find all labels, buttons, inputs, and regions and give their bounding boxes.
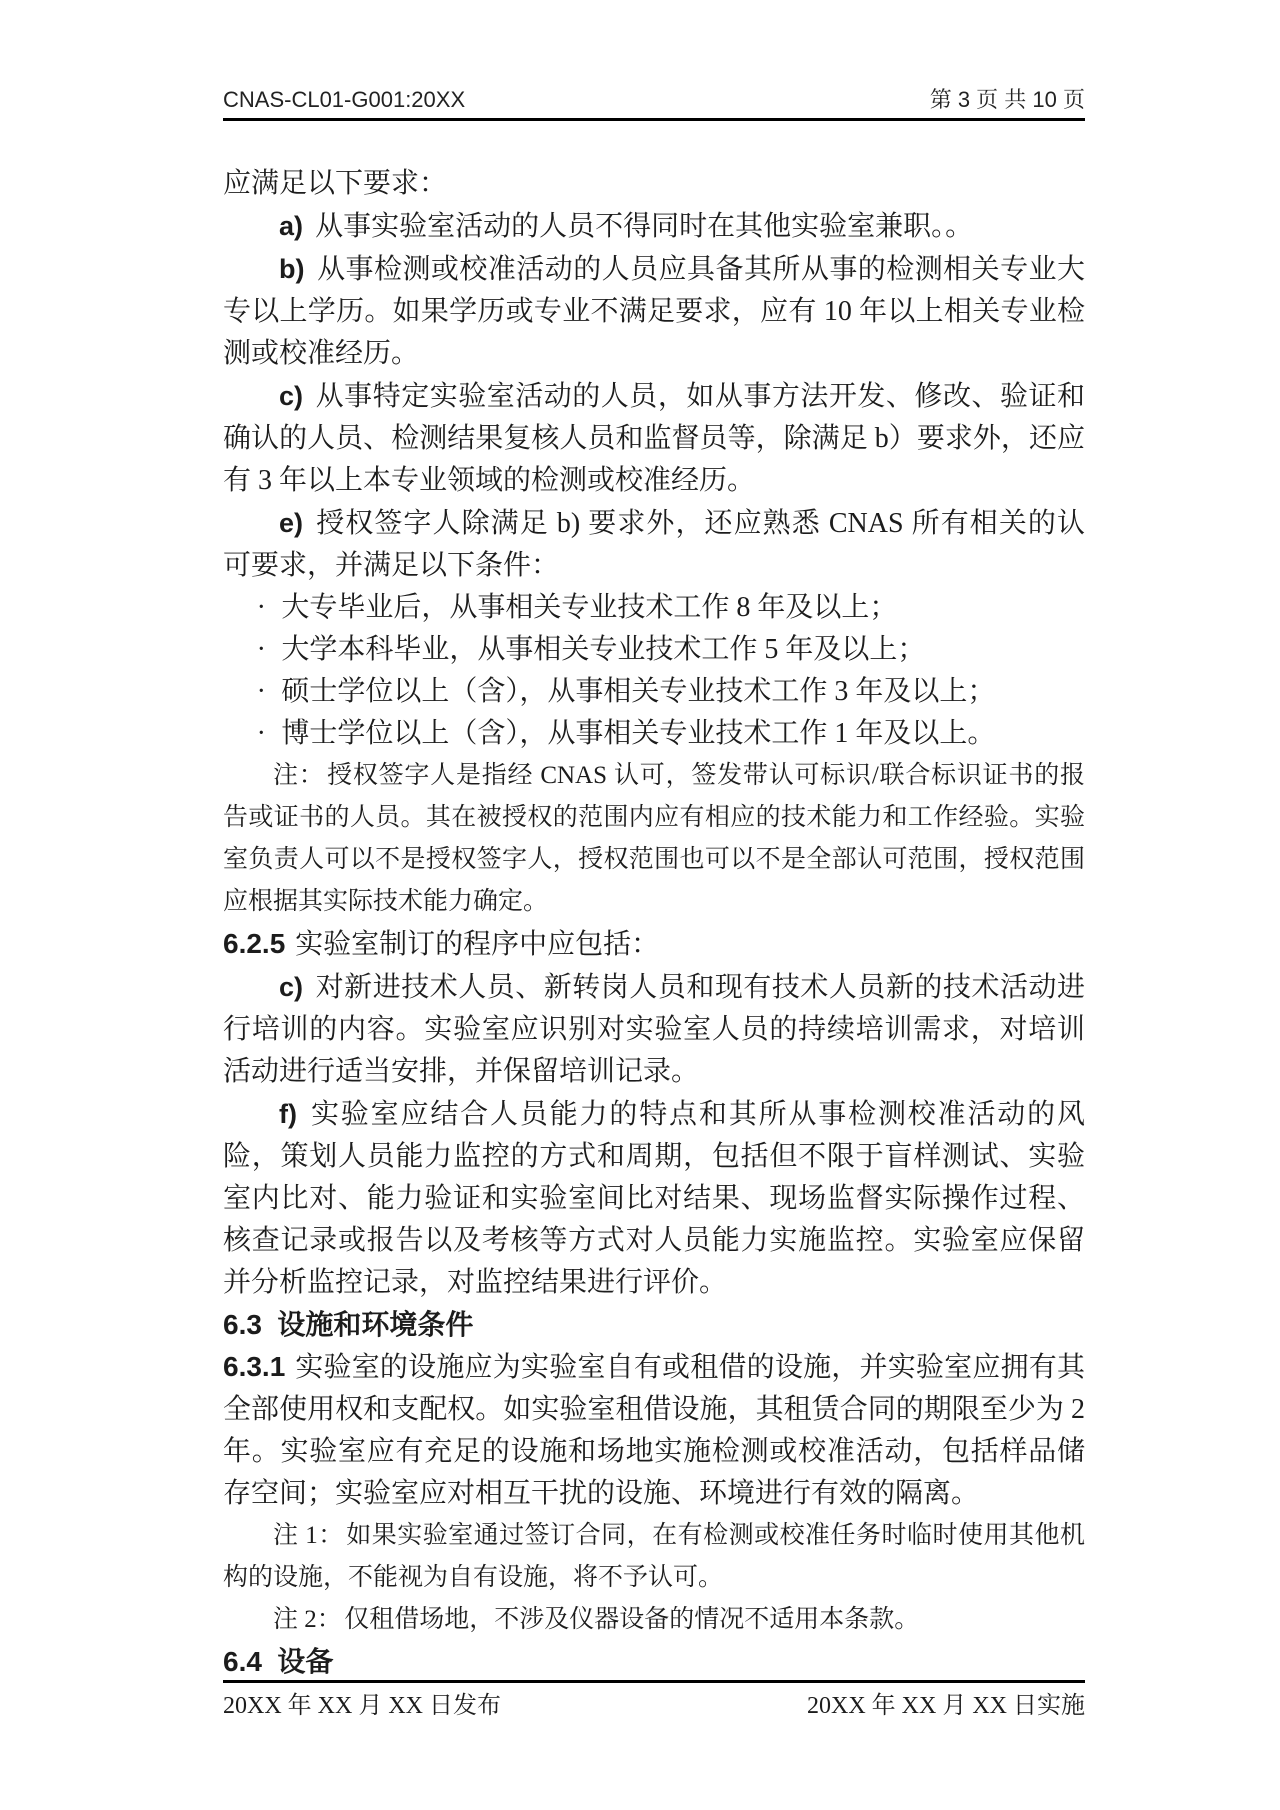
item-label-c: c)	[279, 381, 303, 411]
implementation-date: 20XX 年 XX 月 XX 日实施	[807, 1692, 1085, 1720]
bullet-text-3: 硕士学位以上（含），从事相关专业技术工作 3 年及以上；	[281, 676, 995, 707]
clause-number: 6.3.1	[223, 1351, 285, 1382]
note-label: 注：	[273, 762, 325, 789]
item-label-c2: c)	[279, 972, 303, 1002]
note-text-1: 如果实验室通过签订合同，在有检测或校准任务时临时使用其他机构的设施，不能视为自有…	[223, 1522, 1085, 1591]
heading-text: 设施和环境条件	[277, 1309, 473, 1340]
item-text-e: 授权签字人除满足 b) 要求外，还应熟悉 CNAS 所有相关的认可要求，并满足以…	[223, 508, 1085, 581]
bullet-text-4: 博士学位以上（含），从事相关专业技术工作 1 年及以上。	[281, 718, 995, 749]
doc-number: CNAS-CL01-G001:20XX	[223, 88, 465, 112]
document-page: CNAS-CL01-G001:20XX 第 3 页 共 10 页 应满足以下要求…	[0, 0, 1280, 1810]
release-date: 20XX 年 XX 月 XX 日发布	[223, 1692, 501, 1720]
bullet-marker: ·	[257, 676, 266, 707]
bullet-item-1: ·大专毕业后，从事相关专业技术工作 8 年及以上；	[223, 587, 1085, 629]
bullet-item-4: ·博士学位以上（含），从事相关专业技术工作 1 年及以上。	[223, 713, 1085, 755]
paragraph-intro: 应满足以下要求：	[223, 163, 1085, 205]
bullet-marker: ·	[257, 718, 266, 749]
bullet-item-2: ·大学本科毕业，从事相关专业技术工作 5 年及以上；	[223, 629, 1085, 671]
heading-6-4: 6.4设备	[223, 1641, 1085, 1683]
clause-6-2-5: 6.2.5实验室制订的程序中应包括：	[223, 923, 1085, 966]
note-text-2: 仅租借场地，不涉及仪器设备的情况不适用本条款。	[344, 1606, 919, 1633]
item-label-e: e)	[279, 508, 303, 538]
note-paragraph: 注：授权签字人是指经 CNAS 认可，签发带认可标识/联合标识证书的报告或证书的…	[223, 755, 1085, 923]
note-label-2: 注 2：	[273, 1606, 342, 1633]
list-item-c: c)从事特定实验室活动的人员，如从事方法开发、修改、验证和确认的人员、检测结果复…	[223, 375, 1085, 502]
item-label-f: f)	[279, 1099, 297, 1129]
bullet-text-1: 大专毕业后，从事相关专业技术工作 8 年及以上；	[281, 592, 897, 623]
bullet-marker: ·	[257, 592, 266, 623]
list-item-e: e)授权签字人除满足 b) 要求外，还应熟悉 CNAS 所有相关的认可要求，并满…	[223, 502, 1085, 587]
page-footer: 20XX 年 XX 月 XX 日发布 20XX 年 XX 月 XX 日实施	[223, 1680, 1085, 1720]
clause-text: 实验室的设施应为实验室自有或租借的设施，并实验室应拥有其全部使用权和支配权。如实…	[223, 1352, 1085, 1509]
bullet-marker: ·	[257, 634, 266, 665]
list-item-f: f)实验室应结合人员能力的特点和其所从事检测校准活动的风险，策划人员能力监控的方…	[223, 1093, 1085, 1304]
item-text-f: 实验室应结合人员能力的特点和其所从事检测校准活动的风险，策划人员能力监控的方式和…	[223, 1099, 1085, 1298]
item-label-a: a)	[279, 211, 303, 241]
bullet-item-3: ·硕士学位以上（含），从事相关专业技术工作 3 年及以上；	[223, 671, 1085, 713]
page-header: CNAS-CL01-G001:20XX 第 3 页 共 10 页	[223, 88, 1085, 121]
bullet-text-2: 大学本科毕业，从事相关专业技术工作 5 年及以上；	[281, 634, 925, 665]
list-item-a: a)从事实验室活动的人员不得同时在其他实验室兼职。。	[223, 205, 1085, 248]
clause-6-3-1: 6.3.1实验室的设施应为实验室自有或租借的设施，并实验室应拥有其全部使用权和支…	[223, 1346, 1085, 1515]
list-item-c2: c)对新进技术人员、新转岗人员和现有技术人员新的技术活动进行培训的内容。实验室应…	[223, 966, 1085, 1093]
heading-number: 6.3	[223, 1309, 262, 1340]
heading-text: 设备	[277, 1646, 333, 1677]
heading-6-3: 6.3设施和环境条件	[223, 1304, 1085, 1346]
note-text: 授权签字人是指经 CNAS 认可，签发带认可标识/联合标识证书的报告或证书的人员…	[223, 762, 1085, 915]
clause-text: 实验室制订的程序中应包括：	[295, 929, 659, 960]
item-text-b: 从事检测或校准活动的人员应具备其所从事的检测相关专业大专以上学历。如果学历或专业…	[223, 254, 1085, 369]
note-label-1: 注 1：	[273, 1522, 344, 1549]
note-2: 注 2：仅租借场地，不涉及仪器设备的情况不适用本条款。	[223, 1599, 1085, 1641]
heading-number: 6.4	[223, 1646, 262, 1677]
document-body: 应满足以下要求： a)从事实验室活动的人员不得同时在其他实验室兼职。。 b)从事…	[223, 163, 1085, 1683]
item-text-c2: 对新进技术人员、新转岗人员和现有技术人员新的技术活动进行培训的内容。实验室应识别…	[223, 972, 1085, 1087]
page-indicator: 第 3 页 共 10 页	[930, 88, 1085, 112]
item-text-a: 从事实验室活动的人员不得同时在其他实验室兼职。。	[315, 211, 973, 242]
item-text-c: 从事特定实验室活动的人员，如从事方法开发、修改、验证和确认的人员、检测结果复核人…	[223, 381, 1085, 496]
clause-number: 6.2.5	[223, 928, 285, 959]
note-1: 注 1：如果实验室通过签订合同，在有检测或校准任务时临时使用其他机构的设施，不能…	[223, 1515, 1085, 1599]
list-item-b: b)从事检测或校准活动的人员应具备其所从事的检测相关专业大专以上学历。如果学历或…	[223, 248, 1085, 375]
item-label-b: b)	[279, 254, 304, 284]
